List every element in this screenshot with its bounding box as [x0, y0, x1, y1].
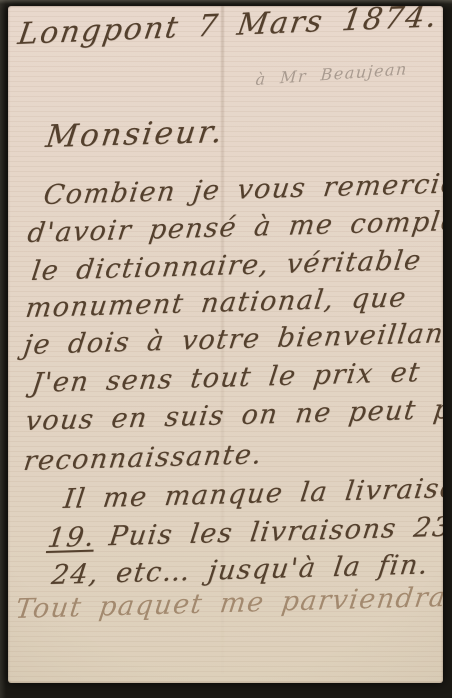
body-line: Il me manque la livraison — [62, 474, 443, 513]
scanned-letter-frame: Longpont 7 Mars 1874. à Mr Beaujean Mons… — [0, 0, 452, 698]
body-line: monument national, que — [24, 284, 409, 322]
letter-page: Longpont 7 Mars 1874. à Mr Beaujean Mons… — [8, 6, 443, 683]
body-line: J'en sens tout le prix et — [30, 359, 422, 397]
pencil-annotation: à Mr Beaujean — [255, 61, 408, 88]
body-line: Combien je vous remercie — [42, 170, 443, 209]
body-line: je dois à votre bienveillance. — [22, 319, 443, 359]
handwriting-layer: Longpont 7 Mars 1874. à Mr Beaujean Mons… — [8, 6, 443, 683]
body-line: d'avoir pensé à me compléter — [26, 207, 443, 247]
body-line: vous en suis on ne peut plus — [24, 395, 443, 435]
body-line: le dictionnaire, véritable — [30, 247, 424, 285]
body-line: 19.Puis les livraisons 23, — [46, 513, 443, 552]
salutation: Monsieur. — [44, 117, 226, 153]
body-line-text: Puis les livraisons 23, — [107, 511, 443, 552]
underlined-livraison-number: 19. — [46, 522, 97, 554]
body-line: reconnaissante. — [22, 441, 264, 475]
dateline: Longpont 7 Mars 1874. — [16, 6, 440, 50]
